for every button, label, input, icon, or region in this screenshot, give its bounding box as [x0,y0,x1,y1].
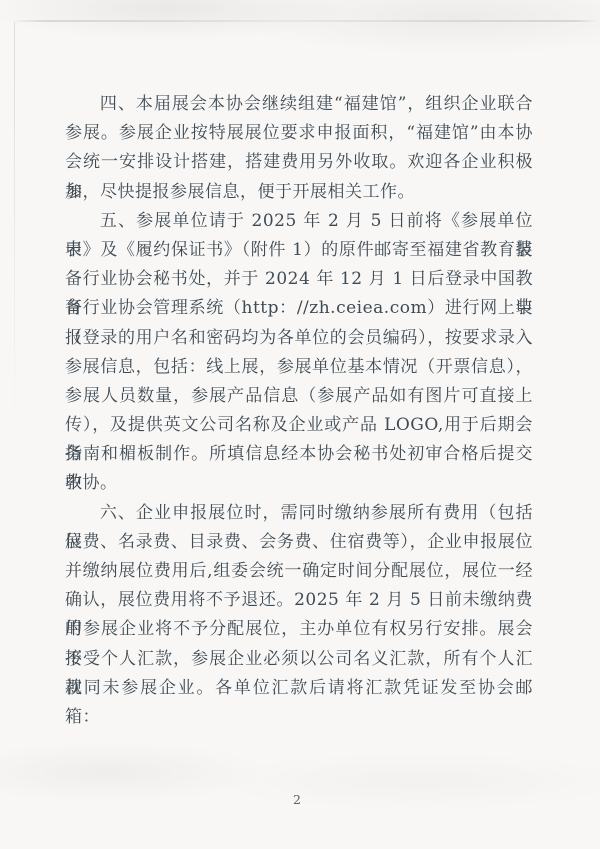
text-line: 参展人员数量，参展产品信息（参展产品如有图片可直接上 [65,382,533,411]
text-line: 确认，展位费用将不予退还。2025 年 2 月 5 日前未缴纳费用 [65,586,533,615]
text-line: 参展信息，包括：线上展，参展单位基本情况（开票信息）， [65,353,533,382]
text-line: （登录的用户名和密码均为各单位的会员编码），按要求录入 [65,324,533,353]
scan-artifact-top-line [10,20,598,22]
text-line: 视同未参展企业。各单位汇款后请将汇款凭证发至协会邮箱： [65,674,533,703]
text-line: 五、参展单位请于 2025 年 2 月 5 日前将《参展单位申报 [65,207,533,236]
text-line: 表》及《履约保证书》（附件 1）的原件邮寄至福建省教育装 [65,236,533,265]
text-line: 教协。 [65,469,533,498]
text-line: 指南和楣板制作。所填信息经本协会秘书处初审合格后提交中 [65,440,533,469]
text-line: 备行业协会秘书处，并于 2024 年 12 月 1 日后登录中国教育装 [65,265,533,294]
text-line: 四、本届展会本协会继续组建“福建馆”，组织企业联合 [65,90,533,119]
text-line: 六、企业申报展位时，需同时缴纳参展所有费用（包括展 [65,499,533,528]
text-line: 会统一安排设计搭建，搭建费用另外收取。欢迎各企业积极参 [65,148,533,177]
text-line: 位费、名录费、目录费、会务费、住宿费等），企业申报展位 [65,528,533,557]
text-line: 加，尽快提报参展信息，便于开展相关工作。 [65,178,533,207]
text-line: 的参展企业将不予分配展位，主办单位有权另行安排。展会不 [65,615,533,644]
scan-artifact-left-line [14,22,15,442]
text-line: 参展。参展企业按特展展位要求申报面积，“福建馆”由本协 [65,119,533,148]
text-line: 传），及提供英文公司名称及企业或产品 LOGO,用于后期会务 [65,411,533,440]
text-line: 接受个人汇款，参展企业必须以公司名义汇款，所有个人汇款 [65,645,533,674]
page-number: 2 [0,792,594,807]
document-body: 四、本届展会本协会继续组建“福建馆”，组织企业联合 参展。参展企业按特展展位要求… [65,90,533,703]
text-line: 并缴纳展位费用后,组委会统一确定时间分配展位，展位一经 [65,557,533,586]
document-page: 四、本届展会本协会继续组建“福建馆”，组织企业联合 参展。参展企业按特展展位要求… [0,0,600,849]
text-line: 备行业协会管理系统（http：//zh.ceiea.com）进行网上申报 [65,294,533,323]
